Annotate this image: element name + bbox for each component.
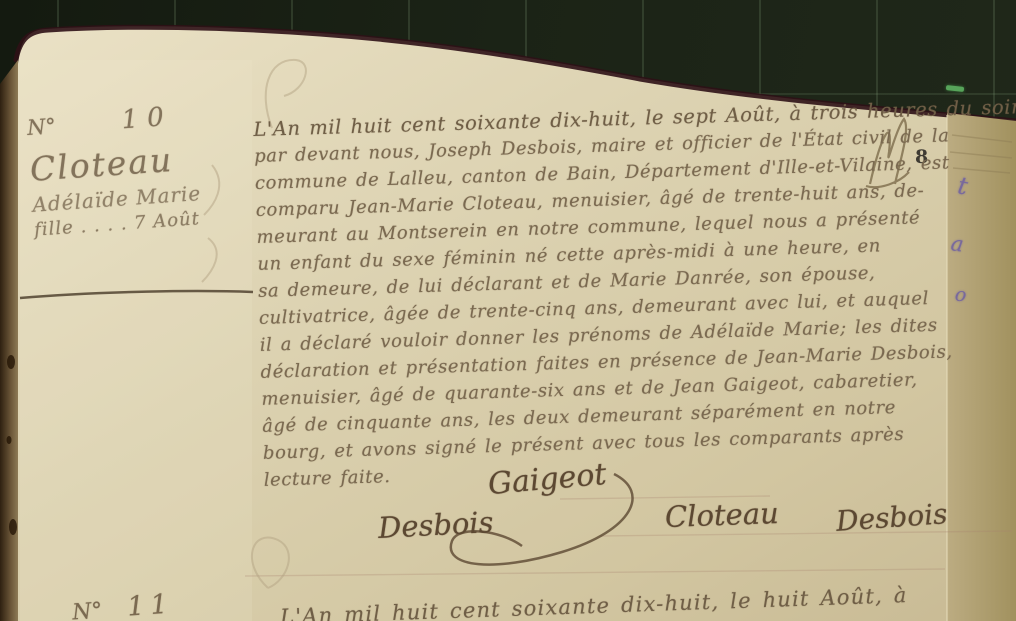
act-text: L'An mil huit cent soixante dix-huit, le… bbox=[253, 93, 1016, 494]
next-act-number-value: 11 bbox=[126, 588, 174, 621]
margin-entry: N° 10 Cloteau Adélaïde Marie fille . . .… bbox=[26, 100, 204, 240]
purple-ink-mark: a bbox=[949, 231, 965, 257]
margin-act-number: N° 10 bbox=[26, 100, 197, 142]
signature-cloteau: Cloteau bbox=[664, 496, 779, 534]
purple-ink-mark: o bbox=[954, 283, 968, 306]
next-act-margin: N° 11 bbox=[71, 588, 175, 621]
next-act-opening-line: L'An mil huit cent soixante dix-huit, le… bbox=[280, 583, 908, 621]
signature-desbois-1: Desbois bbox=[377, 505, 494, 545]
book-binding bbox=[0, 60, 18, 621]
margin-number-value: 10 bbox=[121, 102, 174, 135]
next-act-number-label: N° bbox=[71, 598, 103, 621]
mat-green-dash bbox=[946, 85, 964, 92]
signature-desbois-2: Desbois bbox=[835, 497, 949, 538]
binding-spots bbox=[7, 355, 18, 535]
margin-underline bbox=[20, 291, 253, 298]
margin-number-label: N° bbox=[26, 114, 56, 140]
margin-surname: Cloteau bbox=[29, 138, 200, 189]
register-photo: 8 N° 10 Cloteau Adélaïde Marie fille . .… bbox=[0, 0, 1016, 621]
